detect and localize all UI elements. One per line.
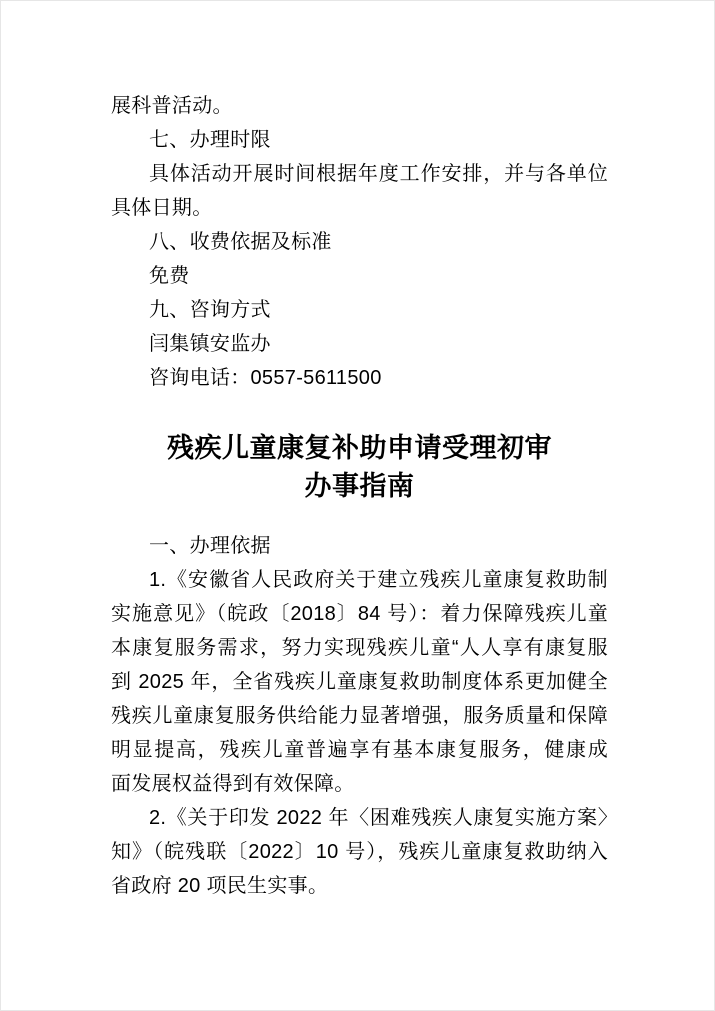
- text-line: 咨询电话：0557-5611500: [111, 361, 608, 395]
- text-line: 本康复服务需求，努力实现残疾儿童“人人享有康复服务”。: [111, 631, 608, 665]
- text-line: 省政府 20 项民生实事。: [111, 869, 608, 903]
- text-line: 七、办理时限: [111, 123, 608, 157]
- text-line: 知》（皖残联〔2022〕10 号），残疾儿童康复救助纳入省委: [111, 835, 608, 869]
- doc-title-line-1: 残疾儿童康复补助申请受理初审: [111, 429, 608, 467]
- text-line: 残疾儿童康复服务供给能力显著增强，服务质量和保障水平: [111, 699, 608, 733]
- intro-section: 展科普活动。七、办理时限具体活动开展时间根据年度工作安排，并与各单位协商具体日期…: [111, 89, 608, 395]
- guide-section: 一、办理依据1.《安徽省人民政府关于建立残疾儿童康复救助制度的实施意见》（皖政〔…: [111, 529, 608, 903]
- text-line: 1.《安徽省人民政府关于建立残疾儿童康复救助制度的: [111, 563, 608, 597]
- text-line: 九、咨询方式: [111, 293, 608, 327]
- text-line: 具体活动开展时间根据年度工作安排，并与各单位协商: [111, 157, 608, 191]
- text-line: 到 2025 年，全省残疾儿童康复救助制度体系更加健全完善，: [111, 665, 608, 699]
- doc-title: 残疾儿童康复补助申请受理初审 办事指南: [111, 429, 608, 505]
- text-line: 具体日期。: [111, 191, 608, 225]
- text-line: 免费: [111, 259, 608, 293]
- document-content: 展科普活动。七、办理时限具体活动开展时间根据年度工作安排，并与各单位协商具体日期…: [1, 1, 715, 903]
- text-line: 展科普活动。: [111, 89, 608, 123]
- text-line: 八、收费依据及标准: [111, 225, 608, 259]
- text-line: 实施意见》（皖政〔2018〕84 号）：着力保障残疾儿童基: [111, 597, 608, 631]
- text-line: 一、办理依据: [111, 529, 608, 563]
- text-line: 明显提高，残疾儿童普遍享有基本康复服务，健康成长、全: [111, 733, 608, 767]
- text-line: 闫集镇安监办: [111, 327, 608, 361]
- doc-title-line-2: 办事指南: [111, 467, 608, 505]
- text-line: 面发展权益得到有效保障。: [111, 767, 608, 801]
- text-line: 2.《关于印发 2022 年〈困难残疾人康复实施方案〉的通: [111, 801, 608, 835]
- document-page: 展科普活动。七、办理时限具体活动开展时间根据年度工作安排，并与各单位协商具体日期…: [0, 0, 715, 1011]
